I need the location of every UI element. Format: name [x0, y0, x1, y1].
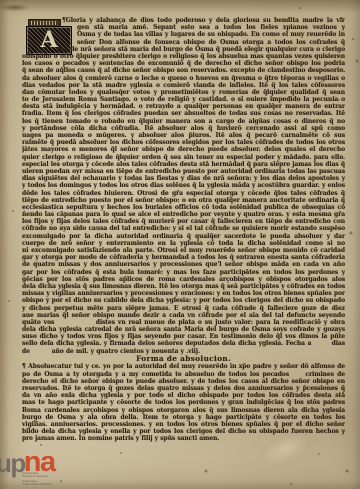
text-line: missas y vigilias anniuersarios y proces…	[22, 290, 345, 297]
text-line: desta stā indulgēcia y hermādad. o retra…	[22, 103, 345, 110]
watermark-org-line: Pública de Navarra	[22, 475, 51, 478]
watermark-org-line: Unibertsitate Publikoa	[22, 483, 51, 486]
text-line: y portāndose cōla dicha cōfradia. Itē ab…	[22, 125, 345, 132]
text-line: po de Osma a ty otorgada y a my cometida…	[22, 371, 345, 378]
text-line: y todos los domingos y todos los otros d…	[22, 182, 345, 189]
text-line: to de Jerusalem Roma Santiago. o voto de…	[22, 96, 345, 103]
text-line: dela dicha yglesia q̄ sus limosnas diere…	[22, 283, 345, 290]
text-line: ñendo las cāpanas para lo qual se alce e…	[22, 211, 345, 218]
text-line: de año de mil. y quatro cientos y nouent…	[22, 348, 345, 355]
text-line: quier clerigo o religioso de q̄lquier or…	[22, 154, 345, 161]
text-line: cuerpo de nrō señor y enterramiento en l…	[22, 240, 345, 247]
scanned-document-page: A ¶Gloria y alabança de dios todo podero…	[0, 0, 360, 489]
text-line: jātes mayores o menores q̄l señor obispo…	[22, 146, 345, 153]
text-line: ¶ Absoluecatur tui y ce. yo por la autor…	[22, 363, 345, 370]
text-line: vigilias. anniuersarios. processiones. y…	[22, 421, 345, 428]
text-line: los casos o pecados y sentencias de exco…	[22, 60, 345, 67]
text-line: los fijos y fijas delos tales cōfrades q…	[22, 218, 345, 225]
text-line: obispado o otro q̄lquier presbitero cler…	[22, 53, 345, 60]
text-line: y dichos perpetua mēte para siēpre jamas…	[22, 305, 345, 312]
upna-watermark-subtext: Universidad Pública de Navarra Nafarroak…	[22, 472, 51, 487]
text-line: ralmēte q̄ puedā absoluer los dichos cōf…	[22, 139, 345, 146]
text-line: especial les otorga y cōcede alos tales …	[22, 161, 345, 168]
text-block: ¶Gloria y alabança de dios todo poderoso…	[22, 17, 345, 442]
text-line: da absoluer alos q̄ comierō carne o lech…	[22, 75, 345, 82]
text-line: uieren puedan oyr missa en tiēpo de entr…	[22, 168, 345, 175]
text-line: tiēpo de entredicho puesto por el señor …	[22, 197, 345, 204]
text-line: reservados. Itē te otorga q̄ gozes delas…	[22, 385, 345, 392]
text-line: da vn año enla dicha yglesia y por todo …	[22, 392, 345, 399]
section-heading: Forma de absolucion.	[22, 355, 345, 364]
text-line: fradia. Item q̄ los clerigos cōfrades pu…	[22, 110, 345, 117]
text-line: aue marias q̄l señor obispo mando dezir …	[22, 312, 345, 319]
text-line: ni excomulgado satisfaziendo ala parte. …	[22, 247, 345, 254]
text-line: gar y otorga por modo de cōfraderia y he…	[22, 254, 345, 261]
text-line: ¶Gloria y alabança de dios todo poderoso…	[22, 17, 345, 24]
text-line: dias vedados por la stā madre yglesia o …	[22, 82, 345, 89]
text-line: excomulgado por la dicha autoridad ordin…	[22, 233, 345, 240]
text-line: cōfrade no aya sido causa del tal entred…	[22, 225, 345, 232]
text-line: quāto vos distes vn real nueuo de plata …	[22, 319, 345, 326]
text-line: dias siguiētes del ochauario y todas las…	[22, 175, 345, 182]
text-line: derecho el dicho señor obispo te puede a…	[22, 378, 345, 385]
text-line: dōde los tales cōfrades biuieren. Otrosi…	[22, 190, 345, 197]
text-line: gēcias por los stōs padres ap̄licos de r…	[22, 276, 345, 283]
text-line: uages pa moneda o mūgeres. y absoluer al…	[22, 132, 345, 139]
text-line: ecclesiastica sepultura y hechos los bur…	[22, 204, 345, 211]
text-line: gar por los cōfrades q̄ esta bula tomarē…	[22, 269, 345, 276]
text-line: sello dela dicha yglesia. y firmada delo…	[22, 340, 345, 347]
text-line: señor Don alfonso de fonseca obispo de O…	[22, 39, 345, 46]
edge-smudge	[0, 4, 30, 11]
text-line: q̄ sean de aq̄llos casos q̄ al dicho señ…	[22, 67, 345, 74]
text-line: obispo y por el dicho su cabildo dela di…	[22, 297, 345, 304]
text-line: Roma cardenales arçobispos y obispos oto…	[22, 407, 345, 414]
text-line: burgo de Osma y ala obra della. Item te …	[22, 414, 345, 421]
text-line: ran de nrā señora stā maria del burgo de…	[22, 46, 345, 53]
text-line: mas te hago participante y cōsorte de to…	[22, 399, 345, 406]
text-line: los q̄ tienen tomado o robado en q̄lquie…	[22, 118, 345, 125]
text-line: dela dicha yglesia catredal de nrā señor…	[22, 326, 345, 333]
text-line: gen stā maria amē. Sepant esto sea a tod…	[22, 24, 345, 31]
text-line: suso dicho y todos vros fijos y fijas se…	[22, 333, 345, 340]
paper-specks	[0, 0, 2, 2]
text-line: de quatro missas y dos anniuersarios y p…	[22, 261, 345, 268]
text-line: Osma y de todas las villas y lugares de …	[22, 31, 345, 38]
text-line: dan cōmutar todos y qualesq̄er votos y p…	[22, 89, 345, 96]
